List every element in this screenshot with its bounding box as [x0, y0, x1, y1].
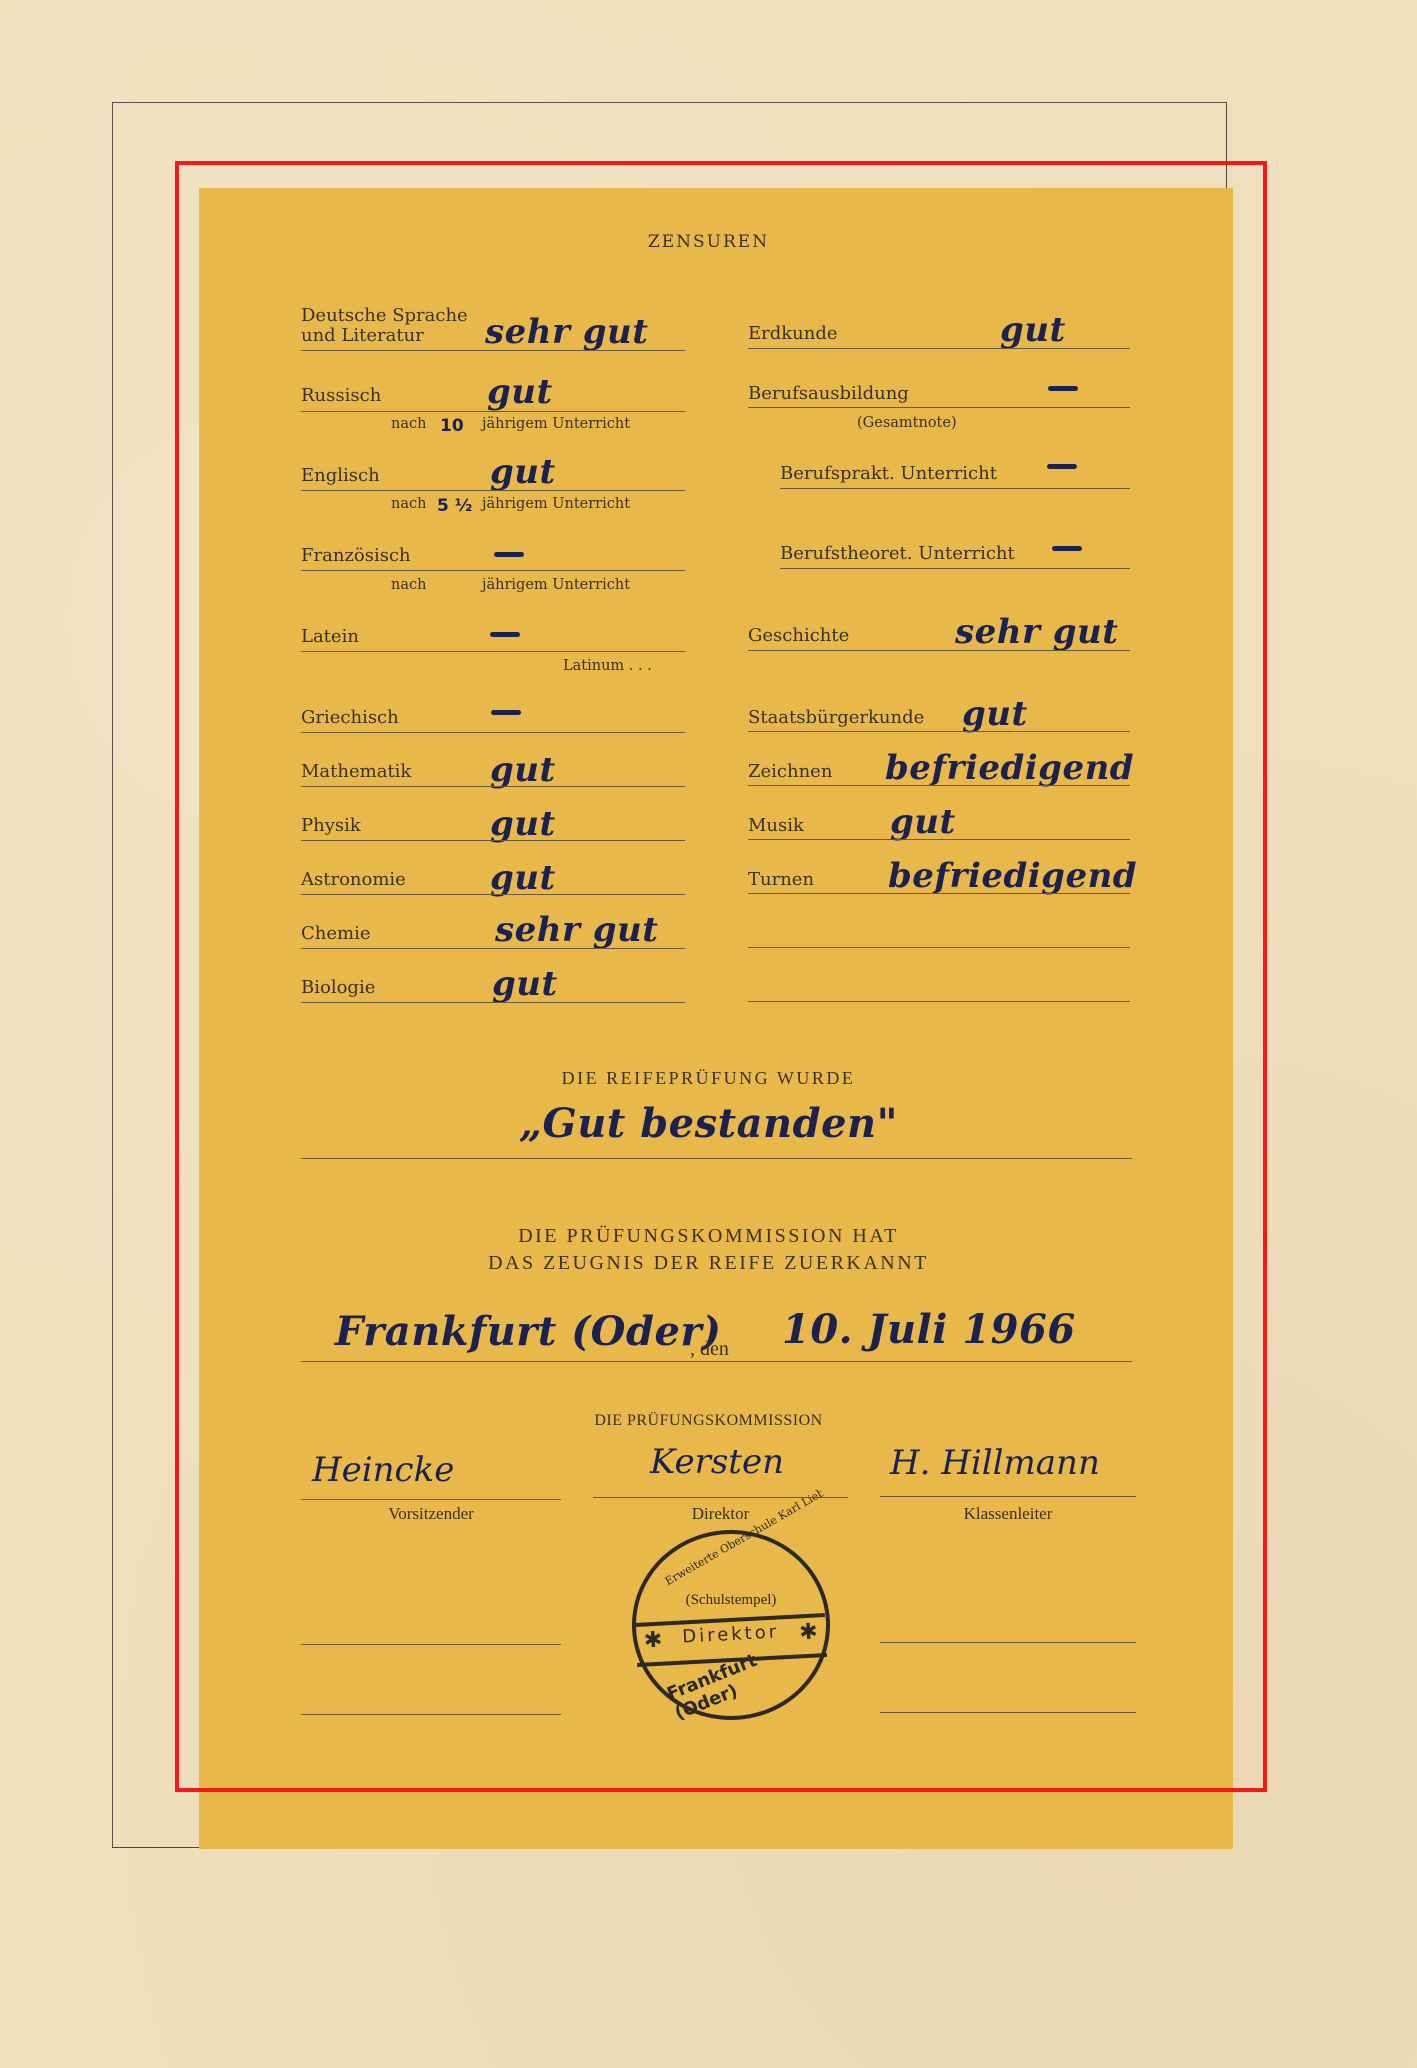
signature-line	[301, 1499, 561, 1500]
grade-value: befriedigend	[885, 748, 1134, 788]
grade-line	[301, 490, 685, 491]
grade-line	[301, 350, 685, 351]
grade-dash	[490, 632, 520, 637]
result-value: „Gut bestanden"	[0, 1100, 1417, 1147]
grade-value: gut	[490, 858, 556, 898]
grade-line	[301, 894, 685, 895]
award-line-1: DIE PRÜFUNGSKOMMISSION HAT	[0, 1225, 1417, 1248]
note-suffix: jährigem Unterricht	[482, 496, 630, 512]
subject-label: Russisch	[301, 385, 381, 406]
grade-value: gut	[490, 452, 556, 492]
grade-line	[780, 568, 1130, 569]
blank-signature-line	[301, 1714, 561, 1715]
signature-role: Vorsitzender	[301, 1504, 561, 1524]
subject-label: Französisch	[301, 545, 411, 566]
grade-line	[301, 732, 685, 733]
place-date-line	[301, 1361, 1132, 1362]
note-suffix: jährigem Unterricht	[482, 577, 630, 593]
grade-dash	[494, 552, 524, 557]
grade-line	[780, 488, 1130, 489]
subject-label: Staatsbürgerkunde	[748, 707, 924, 728]
subject-label: Erdkunde	[748, 323, 838, 344]
blank-signature-line	[880, 1642, 1136, 1643]
date-connector: , den	[690, 1338, 729, 1361]
grade-value: gut	[490, 804, 556, 844]
grade-line	[748, 893, 1130, 894]
latinum-note: Latinum . . .	[563, 658, 652, 674]
note-prefix: nach	[391, 577, 426, 593]
grade-dash	[1048, 386, 1078, 391]
subject-label: Latein	[301, 626, 359, 647]
grade-line	[301, 948, 685, 949]
signature-chair: Heincke	[312, 1450, 454, 1490]
grade-value: gut	[1000, 310, 1066, 350]
stamp-label: (Schulstempel)	[636, 1592, 826, 1609]
signature-line	[880, 1496, 1136, 1497]
subject-label: Musik	[748, 815, 804, 836]
empty-grade-line	[748, 1001, 1130, 1002]
commission-heading: DIE PRÜFUNGSKOMMISSION	[0, 1412, 1417, 1430]
result-line	[301, 1158, 1132, 1159]
grade-value: befriedigend	[888, 856, 1137, 896]
subject-label: Mathematik	[301, 761, 411, 782]
grade-dash	[1052, 546, 1082, 551]
grade-line	[301, 570, 685, 571]
years-value: 10	[440, 416, 464, 436]
empty-grade-line	[748, 947, 1130, 948]
subject-label: Englisch	[301, 465, 380, 486]
grade-value: gut	[492, 964, 558, 1004]
grade-dash	[491, 710, 521, 715]
grade-line	[301, 840, 685, 841]
grade-line	[748, 785, 1130, 786]
school-stamp: Erweiterte Oberschule Karl Liebknecht (S…	[632, 1530, 830, 1720]
note-prefix: nach	[391, 496, 426, 512]
grade-line	[748, 839, 1130, 840]
subject-label: Zeichnen	[748, 761, 832, 782]
grade-value: sehr gut	[485, 312, 648, 352]
grade-line	[748, 407, 1130, 408]
grade-line	[301, 1002, 685, 1003]
grade-line	[748, 348, 1130, 349]
grade-line	[301, 786, 685, 787]
signature-class-teacher: H. Hillmann	[890, 1443, 1100, 1483]
grade-dash	[1047, 464, 1077, 469]
grade-value: sehr gut	[955, 612, 1118, 652]
note-suffix: jährigem Unterricht	[482, 416, 630, 432]
grade-value: gut	[487, 372, 553, 412]
subject-label: Griechisch	[301, 707, 399, 728]
signature-director: Kersten	[650, 1442, 784, 1482]
subject-label: Chemie	[301, 923, 371, 944]
blank-signature-line	[880, 1712, 1136, 1713]
subject-label: Turnen	[748, 869, 814, 890]
gesamtnote-note: (Gesamtnote)	[857, 415, 957, 431]
subject-label: Deutsche Sprache	[301, 305, 468, 326]
subject-label: Biologie	[301, 977, 375, 998]
grade-value: sehr gut	[495, 910, 658, 950]
grade-line	[301, 411, 685, 412]
date-value: 10. Juli 1966	[782, 1306, 1076, 1353]
subject-label: Berufstheoret. Unterricht	[780, 543, 1015, 564]
blank-signature-line	[301, 1644, 561, 1645]
subject-label: Astronomie	[301, 869, 406, 890]
grade-value: gut	[890, 802, 956, 842]
subject-label: Berufsausbildung	[748, 383, 909, 404]
grade-line	[748, 650, 1130, 651]
grade-line	[301, 651, 685, 652]
result-heading: DIE REIFEPRÜFUNG WURDE	[0, 1068, 1417, 1089]
signature-role: Klassenleiter	[880, 1504, 1136, 1524]
note-prefix: nach	[391, 416, 426, 432]
subject-label: Geschichte	[748, 625, 849, 646]
years-value: 5 ½	[437, 496, 472, 516]
place-value: Frankfurt (Oder)	[335, 1308, 721, 1355]
page-title: ZENSUREN	[0, 232, 1417, 252]
grade-value: gut	[490, 750, 556, 790]
subject-label: Berufsprakt. Unterricht	[780, 463, 997, 484]
subject-label: Physik	[301, 815, 361, 836]
grade-line	[748, 731, 1130, 732]
grade-value: gut	[962, 694, 1028, 734]
subject-label: und Literatur	[301, 325, 424, 346]
award-line-2: DAS ZEUGNIS DER REIFE ZUERKANNT	[0, 1252, 1417, 1275]
